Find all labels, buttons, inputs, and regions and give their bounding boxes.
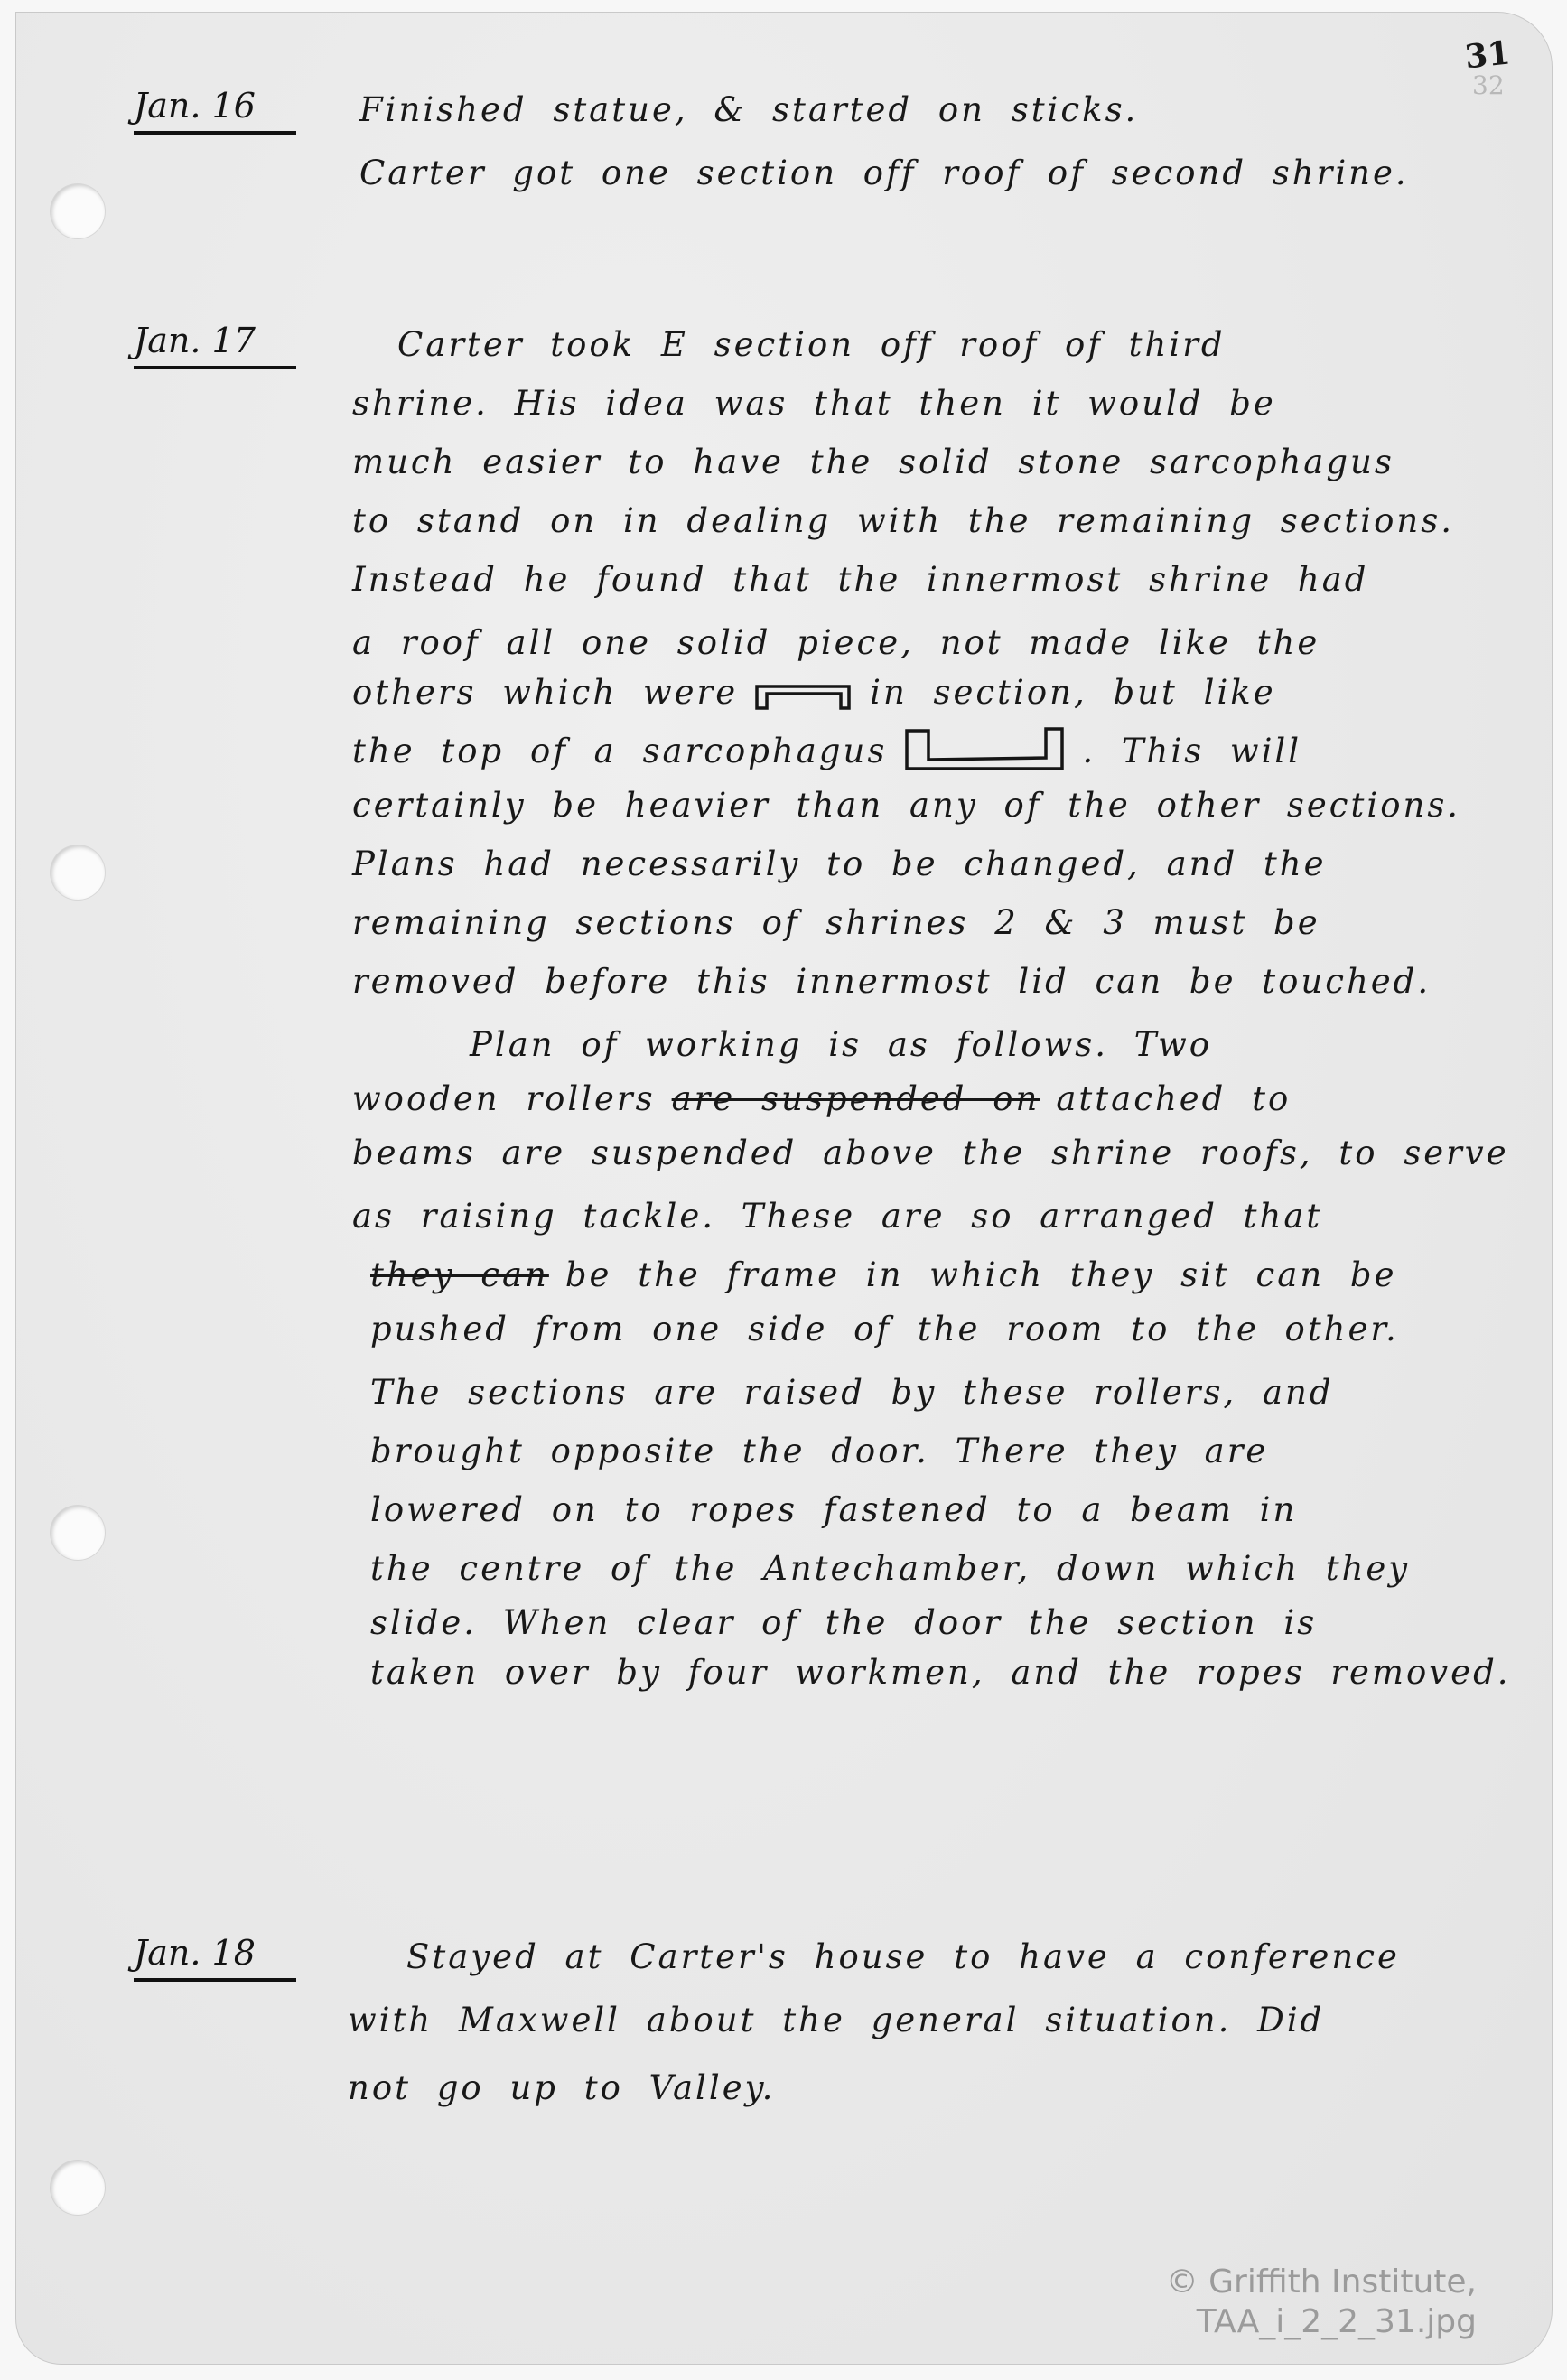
watermark-line-2: TAA_i_2_2_31.jpg bbox=[1166, 2302, 1477, 2342]
punch-hole bbox=[51, 845, 105, 900]
entry-line: lowered on to ropes fastened to a beam i… bbox=[370, 1490, 1297, 1529]
entry-date-jan-18: Jan. 18 bbox=[134, 1933, 296, 1982]
entry-line: much easier to have the solid stone sarc… bbox=[352, 443, 1394, 481]
entry-line: with Maxwell about the general situation… bbox=[348, 2001, 1324, 2039]
entry-line: Plans had necessarily to be changed, and… bbox=[352, 845, 1327, 883]
entry-line: shrine. His idea was that then it would … bbox=[352, 384, 1276, 423]
punch-hole bbox=[51, 1506, 105, 1560]
entry-line: brought opposite the door. There they ar… bbox=[370, 1432, 1268, 1470]
entry-line: the centre of the Antechamber, down whic… bbox=[370, 1549, 1410, 1588]
u-section-sketch bbox=[903, 727, 1066, 770]
entry-line: Finished statue, & started on sticks. bbox=[359, 90, 1138, 129]
entry-line: beams are suspended above the shrine roo… bbox=[352, 1134, 1509, 1172]
entry-line: Carter got one section off roof of secon… bbox=[359, 154, 1409, 192]
entry-line: remaining sections of shrines 2 & 3 must… bbox=[352, 903, 1320, 942]
entry-line: taken over by four workmen, and the rope… bbox=[370, 1653, 1511, 1692]
entry-line: Plan of working is as follows. Two bbox=[470, 1025, 1212, 1064]
entry-line: a roof all one solid piece, not made lik… bbox=[352, 623, 1320, 662]
punch-hole bbox=[51, 184, 105, 238]
page-number-ghost: 32 bbox=[1472, 70, 1505, 100]
entry-line: not go up to Valley. bbox=[348, 2068, 775, 2107]
copyright-watermark: © Griffith Institute, TAA_i_2_2_31.jpg bbox=[1166, 2263, 1477, 2342]
entry-date-jan-17: Jan. 17 bbox=[134, 321, 296, 369]
entry-line: as raising tackle. These are so arranged… bbox=[352, 1197, 1322, 1236]
entry-line: Instead he found that the innermost shri… bbox=[352, 560, 1368, 599]
watermark-line-1: © Griffith Institute, bbox=[1166, 2263, 1477, 2302]
inverted-u-section-sketch bbox=[754, 681, 853, 712]
entry-line: to stand on in dealing with the remainin… bbox=[352, 501, 1454, 540]
entry-line: wooden rollers are suspended on attached… bbox=[352, 1079, 1291, 1118]
entry-line: the top of a sarcophagus . This will bbox=[352, 727, 1301, 770]
entry-line: The sections are raised by these rollers… bbox=[370, 1373, 1334, 1412]
entry-line: they can be the frame in which they sit … bbox=[370, 1255, 1397, 1294]
entry-line: certainly be heavier than any of the oth… bbox=[352, 786, 1460, 825]
struck-through-text: they can bbox=[370, 1255, 549, 1294]
entry-line: Carter took E section off roof of third bbox=[397, 325, 1226, 364]
entry-line: Stayed at Carter's house to have a confe… bbox=[406, 1937, 1400, 1976]
entry-line: slide. When clear of the door the sectio… bbox=[370, 1603, 1317, 1642]
struck-through-text: are suspended on bbox=[672, 1079, 1040, 1118]
entry-line: removed before this innermost lid can be… bbox=[352, 962, 1431, 1001]
entry-date-jan-16: Jan. 16 bbox=[134, 86, 296, 135]
punch-hole bbox=[51, 2161, 105, 2215]
entry-line: others which were in section, but like bbox=[352, 673, 1276, 712]
entry-line: pushed from one side of the room to the … bbox=[370, 1310, 1399, 1349]
